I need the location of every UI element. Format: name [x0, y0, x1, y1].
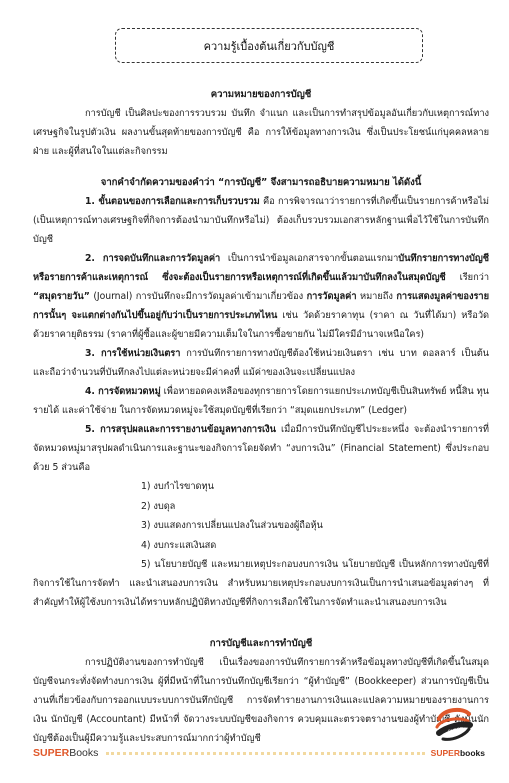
chapter-title-box: ความรู้เบื้องต้นเกี่ยวกับบัญชี — [115, 28, 423, 63]
footer-logo-super: SUPER — [431, 748, 460, 758]
footer-brand: SUPERBooks — [33, 747, 98, 759]
footer-brand-super: SUPER — [33, 747, 69, 759]
statement-item-1: 1) งบกำไรขาดทุน — [33, 477, 489, 497]
document-body: ความหมายของการบัญชี การบัญชี เป็นศิลปะขอ… — [33, 85, 489, 748]
list-item-2-title: 2. การจดบันทึกและการวัดมูลค่า — [85, 253, 220, 264]
paragraph-meaning: การบัญชี เป็นศิลปะของการรวบรวม บันทึก จำ… — [33, 104, 489, 161]
statement-item-3: 3) งบแสดงการเปลี่ยนแปลงในส่วนของผู้ถือหุ… — [33, 516, 489, 536]
list-item-3-title: 3. การใช้หน่วยเงินตรา — [85, 348, 180, 359]
list-item-2-emphasis-valuation: การวัดมูลค่า — [307, 291, 357, 302]
page-footer: SUPERBooks SUPERbooks — [33, 745, 485, 761]
list-item-2-text-b: เรียกว่า — [446, 272, 489, 283]
list-item-1-title: 1. ขั้นตอนของการเลือกและการเก็บรวบรวม — [85, 196, 260, 207]
footer-logo-books: books — [460, 748, 485, 758]
chapter-title: ความรู้เบื้องต้นเกี่ยวกับบัญชี — [204, 37, 335, 55]
footer-logo-text: SUPERbooks — [431, 748, 485, 758]
list-item-4-title: 4. การจัดหมวดหมู่ — [85, 386, 161, 397]
list-item-1: 1. ขั้นตอนของการเลือกและการเก็บรวบรวม คื… — [33, 192, 489, 249]
paragraph-bookkeeping: การปฏิบัติงานของการทำบัญชี เป็นเรื่องของ… — [33, 653, 489, 748]
list-item-3: 3. การใช้หน่วยเงินตรา การบันทึกรายการทาง… — [33, 344, 489, 382]
superbooks-logo-icon: SUPER — [433, 705, 473, 743]
statement-item-5: 5) นโยบายบัญชี และหมายเหตุประกอบงบการเงิ… — [33, 555, 489, 612]
section-heading-meaning: ความหมายของการบัญชี — [33, 85, 489, 104]
list-item-2-text-a: เป็นการนำข้อมูลเอกสารจากขั้นตอนแรกมา — [220, 253, 398, 264]
footer-brand-books: Books — [69, 747, 98, 759]
list-item-2-text-d: หมายถึง — [357, 291, 397, 302]
list-item-2-text-c: (Journal) การบันทึกจะมีการวัดมูลค่าเข้าม… — [90, 291, 307, 302]
statement-item-4: 4) งบกระแสเงินสด — [33, 536, 489, 556]
list-item-4: 4. การจัดหมวดหมู่ เพื่อหายอดคงเหลือของทุ… — [33, 382, 489, 420]
document-page: ความรู้เบื้องต้นเกี่ยวกับบัญชี ความหมายข… — [0, 0, 509, 783]
list-item-5-title: 5. การสรุปผลและการรายงานข้อมูลทางการเงิน — [85, 424, 276, 435]
list-item-2: 2. การจดบันทึกและการวัดมูลค่า เป็นการนำข… — [33, 249, 489, 344]
section-heading-bookkeeping: การบัญชีและการทำบัญชี — [33, 634, 489, 653]
section-heading-explanation: จากคำจำกัดความของคำว่า “การบัญชี” จึงสาม… — [33, 173, 489, 192]
list-item-2-emphasis-journal: “สมุดรายวัน” — [33, 291, 90, 302]
footer-divider — [106, 752, 424, 755]
list-item-5: 5. การสรุปผลและการรายงานข้อมูลทางการเงิน… — [33, 420, 489, 477]
statement-item-2: 2) งบดุล — [33, 497, 489, 517]
